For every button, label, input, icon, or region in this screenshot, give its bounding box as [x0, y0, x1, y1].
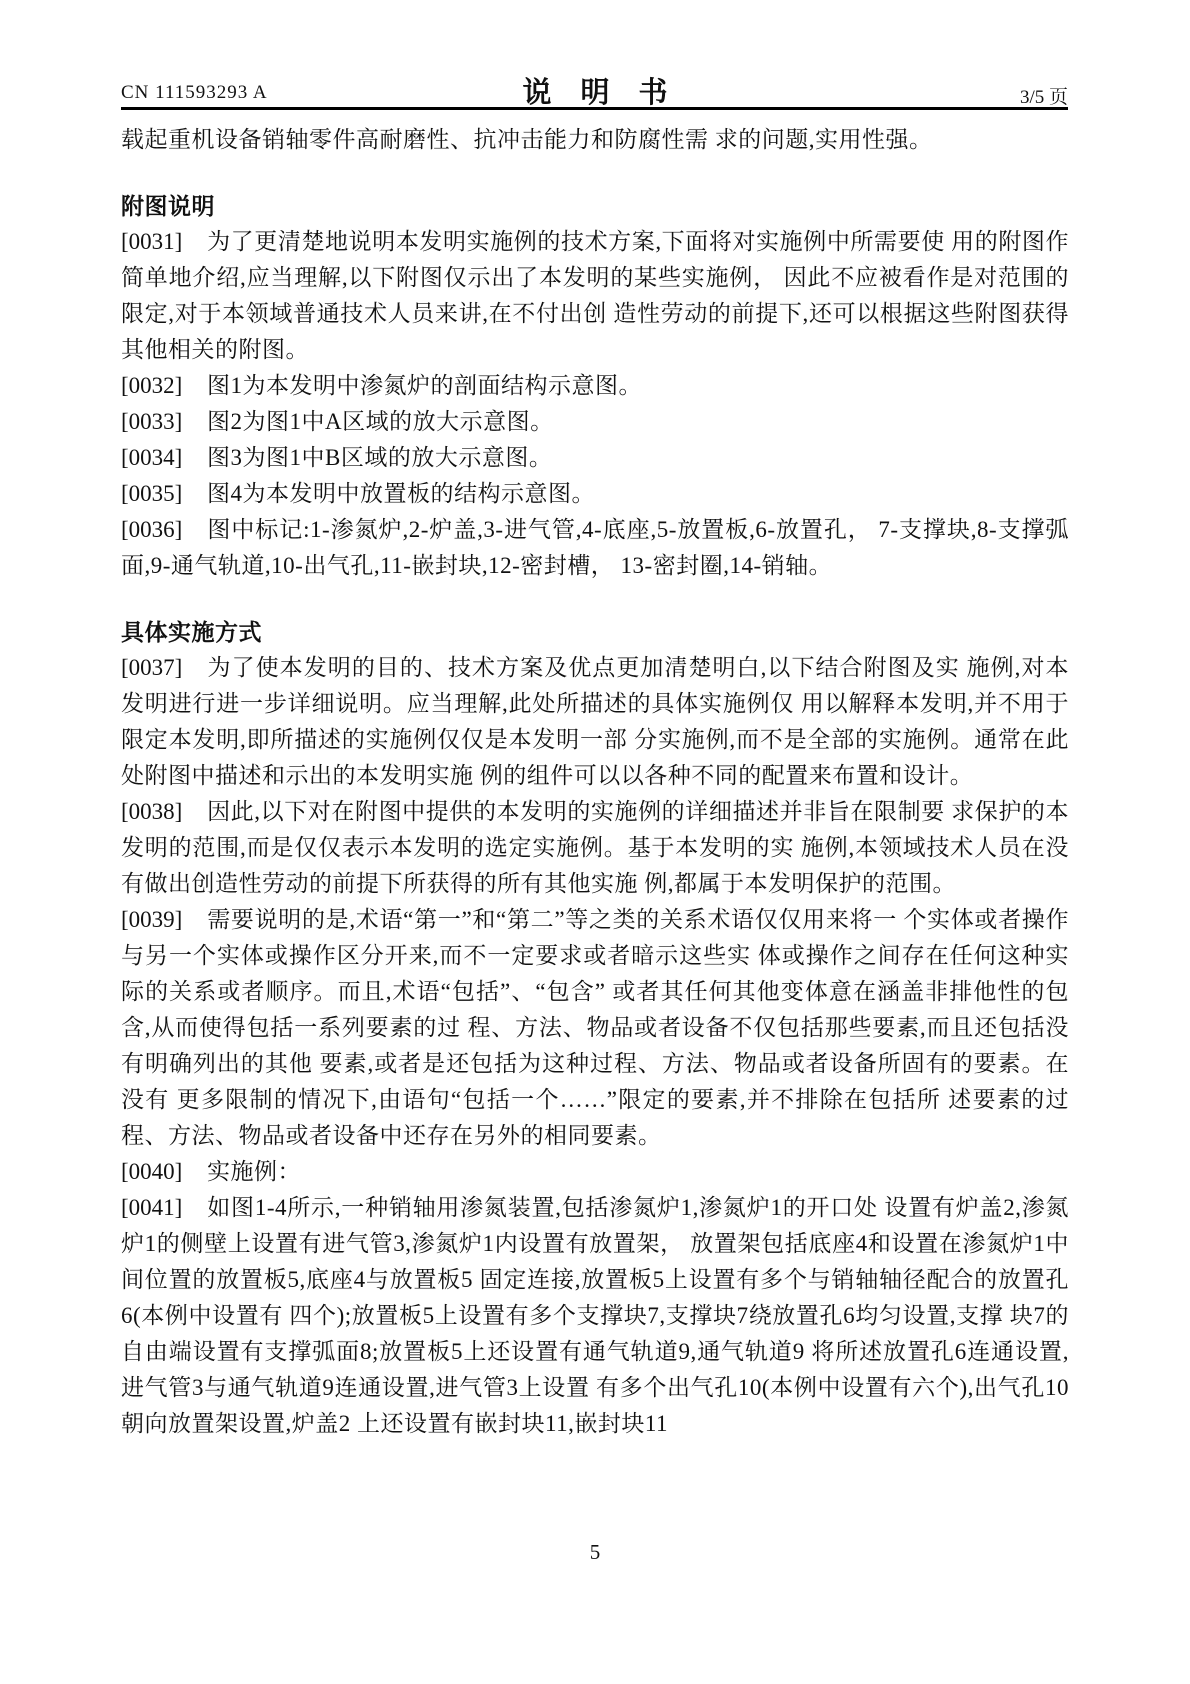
header-doc-type: 说 明 书	[522, 70, 667, 111]
paragraph-number: [0038]	[121, 794, 207, 830]
numbered-paragraph: [0037]为了使本发明的目的、技术方案及优点更加清楚明白,以下结合附图及实 施…	[121, 650, 1069, 794]
paragraph-text: 因此,以下对在附图中提供的本发明的实施例的详细描述并非旨在限制要 求保护的本发明…	[121, 799, 1069, 896]
document-body: 载起重机设备销轴零件高耐磨性、抗冲击能力和防腐性需 求的问题,实用性强。附图说明…	[121, 122, 1069, 1442]
paragraph-text: 图2为图1中A区域的放大示意图。	[207, 409, 554, 434]
header-rule	[121, 107, 1068, 110]
body-paragraph: 载起重机设备销轴零件高耐磨性、抗冲击能力和防腐性需 求的问题,实用性强。	[121, 122, 1069, 158]
numbered-paragraph: [0033]图2为图1中A区域的放大示意图。	[121, 404, 1069, 440]
paragraph-text: 为了使本发明的目的、技术方案及优点更加清楚明白,以下结合附图及实 施例,对本发明…	[121, 655, 1069, 788]
numbered-paragraph: [0031]为了更清楚地说明本发明实施例的技术方案,下面将对实施例中所需要使 用…	[121, 224, 1069, 368]
paragraph-text: 如图1-4所示,一种销轴用渗氮装置,包括渗氮炉1,渗氮炉1的开口处 设置有炉盖2…	[121, 1195, 1069, 1436]
numbered-paragraph: [0035]图4为本发明中放置板的结构示意图。	[121, 476, 1069, 512]
paragraph-text: 需要说明的是,术语“第一”和“第二”等之类的关系术语仅仅用来将一 个实体或者操作…	[121, 907, 1069, 1148]
paragraph-number: [0033]	[121, 404, 207, 440]
paragraph-number: [0031]	[121, 224, 207, 260]
paragraph-number: [0037]	[121, 650, 207, 686]
paragraph-text: 图1为本发明中渗氮炉的剖面结构示意图。	[207, 373, 642, 398]
paragraph-number: [0036]	[121, 512, 207, 548]
numbered-paragraph: [0034]图3为图1中B区域的放大示意图。	[121, 440, 1069, 476]
section-heading: 附图说明	[121, 188, 1069, 224]
numbered-paragraph: [0041]如图1-4所示,一种销轴用渗氮装置,包括渗氮炉1,渗氮炉1的开口处 …	[121, 1190, 1069, 1442]
paragraph-text: 图4为本发明中放置板的结构示意图。	[207, 481, 595, 506]
numbered-paragraph: [0036]图中标记:1-渗氮炉,2-炉盖,3-进气管,4-底座,5-放置板,6…	[121, 512, 1069, 584]
paragraph-text: 为了更清楚地说明本发明实施例的技术方案,下面将对实施例中所需要使 用的附图作简单…	[121, 229, 1069, 362]
numbered-paragraph: [0040]实施例：	[121, 1154, 1069, 1190]
paragraph-number: [0035]	[121, 476, 207, 512]
paragraph-text: 载起重机设备销轴零件高耐磨性、抗冲击能力和防腐性需 求的问题,实用性强。	[121, 127, 933, 152]
numbered-paragraph: [0038]因此,以下对在附图中提供的本发明的实施例的详细描述并非旨在限制要 求…	[121, 794, 1069, 902]
numbered-paragraph: [0039]需要说明的是,术语“第一”和“第二”等之类的关系术语仅仅用来将一 个…	[121, 902, 1069, 1154]
footer-page-number: 5	[0, 1540, 1190, 1565]
paragraph-number: [0040]	[121, 1154, 207, 1190]
paragraph-text: 图3为图1中B区域的放大示意图。	[207, 445, 552, 470]
paragraph-number: [0034]	[121, 440, 207, 476]
paragraph-number: [0041]	[121, 1190, 207, 1226]
paragraph-text: 图中标记:1-渗氮炉,2-炉盖,3-进气管,4-底座,5-放置板,6-放置孔， …	[121, 517, 1069, 578]
paragraph-number: [0032]	[121, 368, 207, 404]
section-heading: 具体实施方式	[121, 614, 1069, 650]
paragraph-number: [0039]	[121, 902, 207, 938]
patent-page: CN 111593293 A 说 明 书 3/5 页 载起重机设备销轴零件高耐磨…	[0, 0, 1190, 1684]
paragraph-text: 实施例：	[207, 1159, 301, 1184]
header-page-indicator: 3/5 页	[1020, 82, 1068, 109]
header-doc-number: CN 111593293 A	[121, 82, 268, 104]
numbered-paragraph: [0032]图1为本发明中渗氮炉的剖面结构示意图。	[121, 368, 1069, 404]
